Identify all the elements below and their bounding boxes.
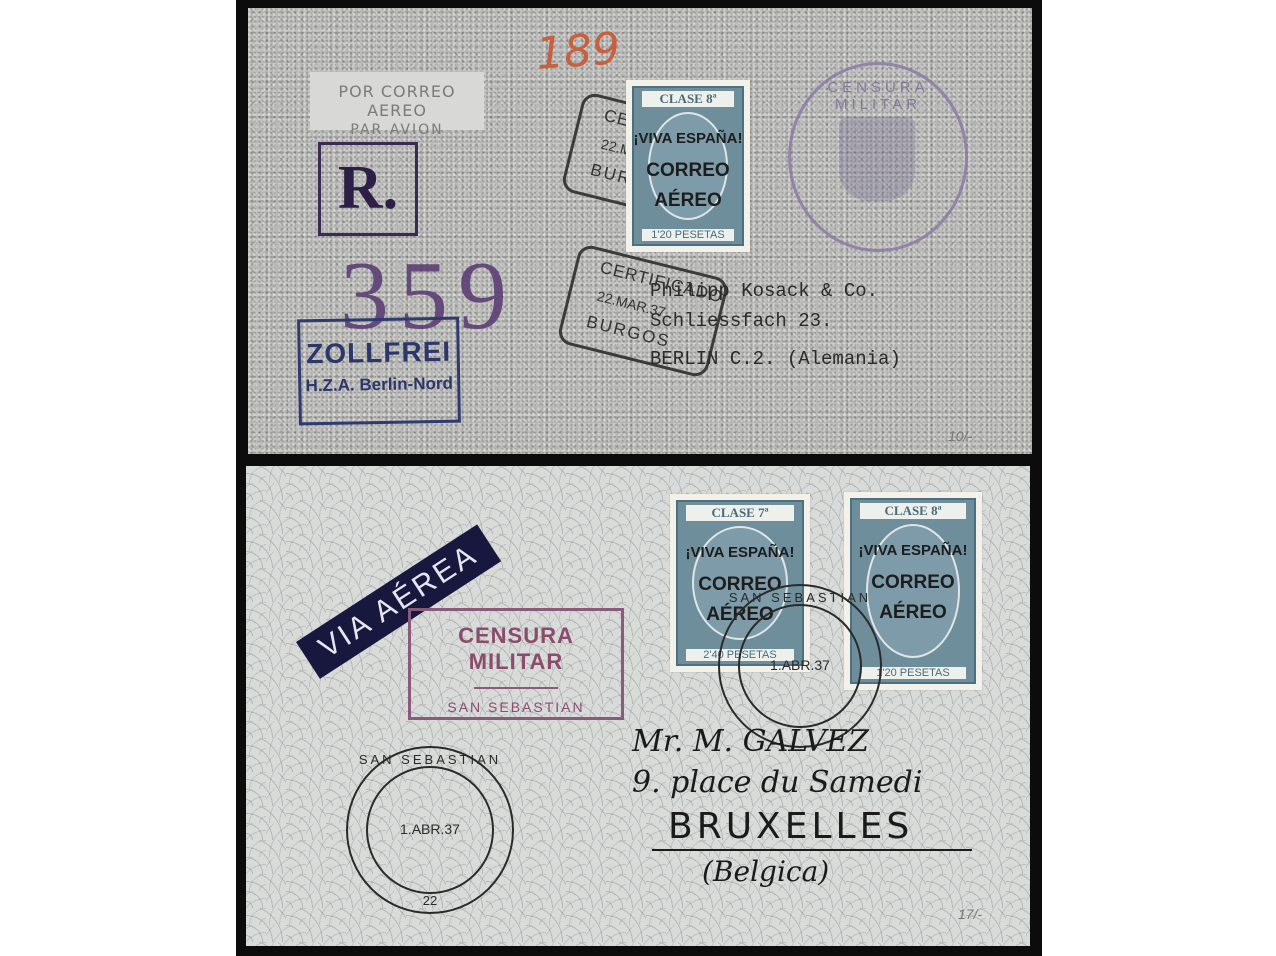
address-line: BRUXELLES bbox=[668, 806, 972, 847]
stamp-class: CLASE 8ª bbox=[642, 91, 734, 107]
censor-box: CENSURA MILITAR SAN SEBASTIAN bbox=[408, 608, 624, 720]
stamp-overprint-1: ¡VIVA ESPAÑA! bbox=[846, 542, 980, 559]
cover-bottom: VIA AÉREA CENSURA MILITAR SAN SEBASTIAN … bbox=[246, 466, 1030, 946]
postmark-date: 1.ABR.37 bbox=[720, 657, 880, 673]
stamp-class: CLASE 7ª bbox=[686, 505, 794, 521]
customs-stamp: ZOLLFREI H.Z.A. Berlin-Nord bbox=[297, 317, 461, 426]
airmail-label-line1: POR CORREO AEREO bbox=[310, 82, 484, 120]
registration-mark-text: R. bbox=[338, 154, 398, 222]
censor-box-divider bbox=[474, 687, 558, 689]
postmark-date: 1.ABR.37 bbox=[348, 821, 512, 837]
recipient-address: Mr. M. GALVEZ 9. place du Samedi BRUXELL… bbox=[632, 724, 972, 888]
address-line: 9. place du Samedi bbox=[632, 765, 972, 800]
customs-stamp-line2: H.Z.A. Berlin-Nord bbox=[301, 374, 457, 397]
customs-stamp-line1: ZOLLFREI bbox=[300, 336, 457, 371]
censor-box-line1: CENSURA MILITAR bbox=[411, 623, 621, 675]
stamp-value: 1'20 PESETAS bbox=[642, 229, 734, 241]
pencil-note: 10/- bbox=[948, 428, 972, 444]
pencil-note: 17/- bbox=[958, 906, 982, 922]
stamp-class: CLASE 8ª bbox=[860, 503, 966, 519]
stamp-overprint-2: CORREO bbox=[628, 160, 748, 182]
postmark-number: 22 bbox=[348, 893, 512, 908]
censor-box-line2: SAN SEBASTIAN bbox=[411, 699, 621, 715]
address-line: BERLIN C.2. (Alemania) bbox=[650, 344, 901, 374]
postmark-name: SAN SEBASTIAN bbox=[720, 590, 880, 605]
postmark-name: SAN SEBASTIAN bbox=[348, 752, 512, 767]
airmail-label-line2: PAR AVION bbox=[310, 122, 484, 138]
address-line: Philipp Kosack & Co. bbox=[650, 276, 901, 306]
stamp-overprint-3: AÉREO bbox=[628, 190, 748, 212]
censor-mark-oval: CENSURA MILITAR bbox=[788, 62, 968, 252]
registration-mark: R. bbox=[318, 142, 418, 236]
address-line: (Belgica) bbox=[702, 855, 972, 888]
address-line: Schliessfach 23. bbox=[650, 306, 901, 336]
address-line: Mr. M. GALVEZ bbox=[632, 724, 972, 759]
address-underline bbox=[652, 849, 972, 851]
cover-top: POR CORREO AEREO PAR AVION 189 R. 359 ZO… bbox=[248, 8, 1032, 454]
manuscript-number: 189 bbox=[534, 23, 621, 80]
airmail-label: POR CORREO AEREO PAR AVION bbox=[310, 72, 484, 130]
postage-stamp: CLASE 8ª ¡VIVA ESPAÑA! CORREO AÉREO 1'20… bbox=[626, 80, 750, 252]
crest-icon bbox=[839, 117, 915, 201]
stamp-overprint-1: ¡VIVA ESPAÑA! bbox=[672, 544, 808, 561]
censor-mark-text: CENSURA MILITAR bbox=[791, 79, 965, 113]
postmark: SAN SEBASTIAN 1.ABR.37 22 bbox=[346, 746, 514, 914]
recipient-address: Philipp Kosack & Co.Schliessfach 23.BERL… bbox=[650, 276, 901, 374]
stamp-overprint-1: ¡VIVA ESPAÑA! bbox=[628, 130, 748, 147]
stamp-design: CLASE 8ª ¡VIVA ESPAÑA! CORREO AÉREO 1'20… bbox=[632, 86, 744, 246]
